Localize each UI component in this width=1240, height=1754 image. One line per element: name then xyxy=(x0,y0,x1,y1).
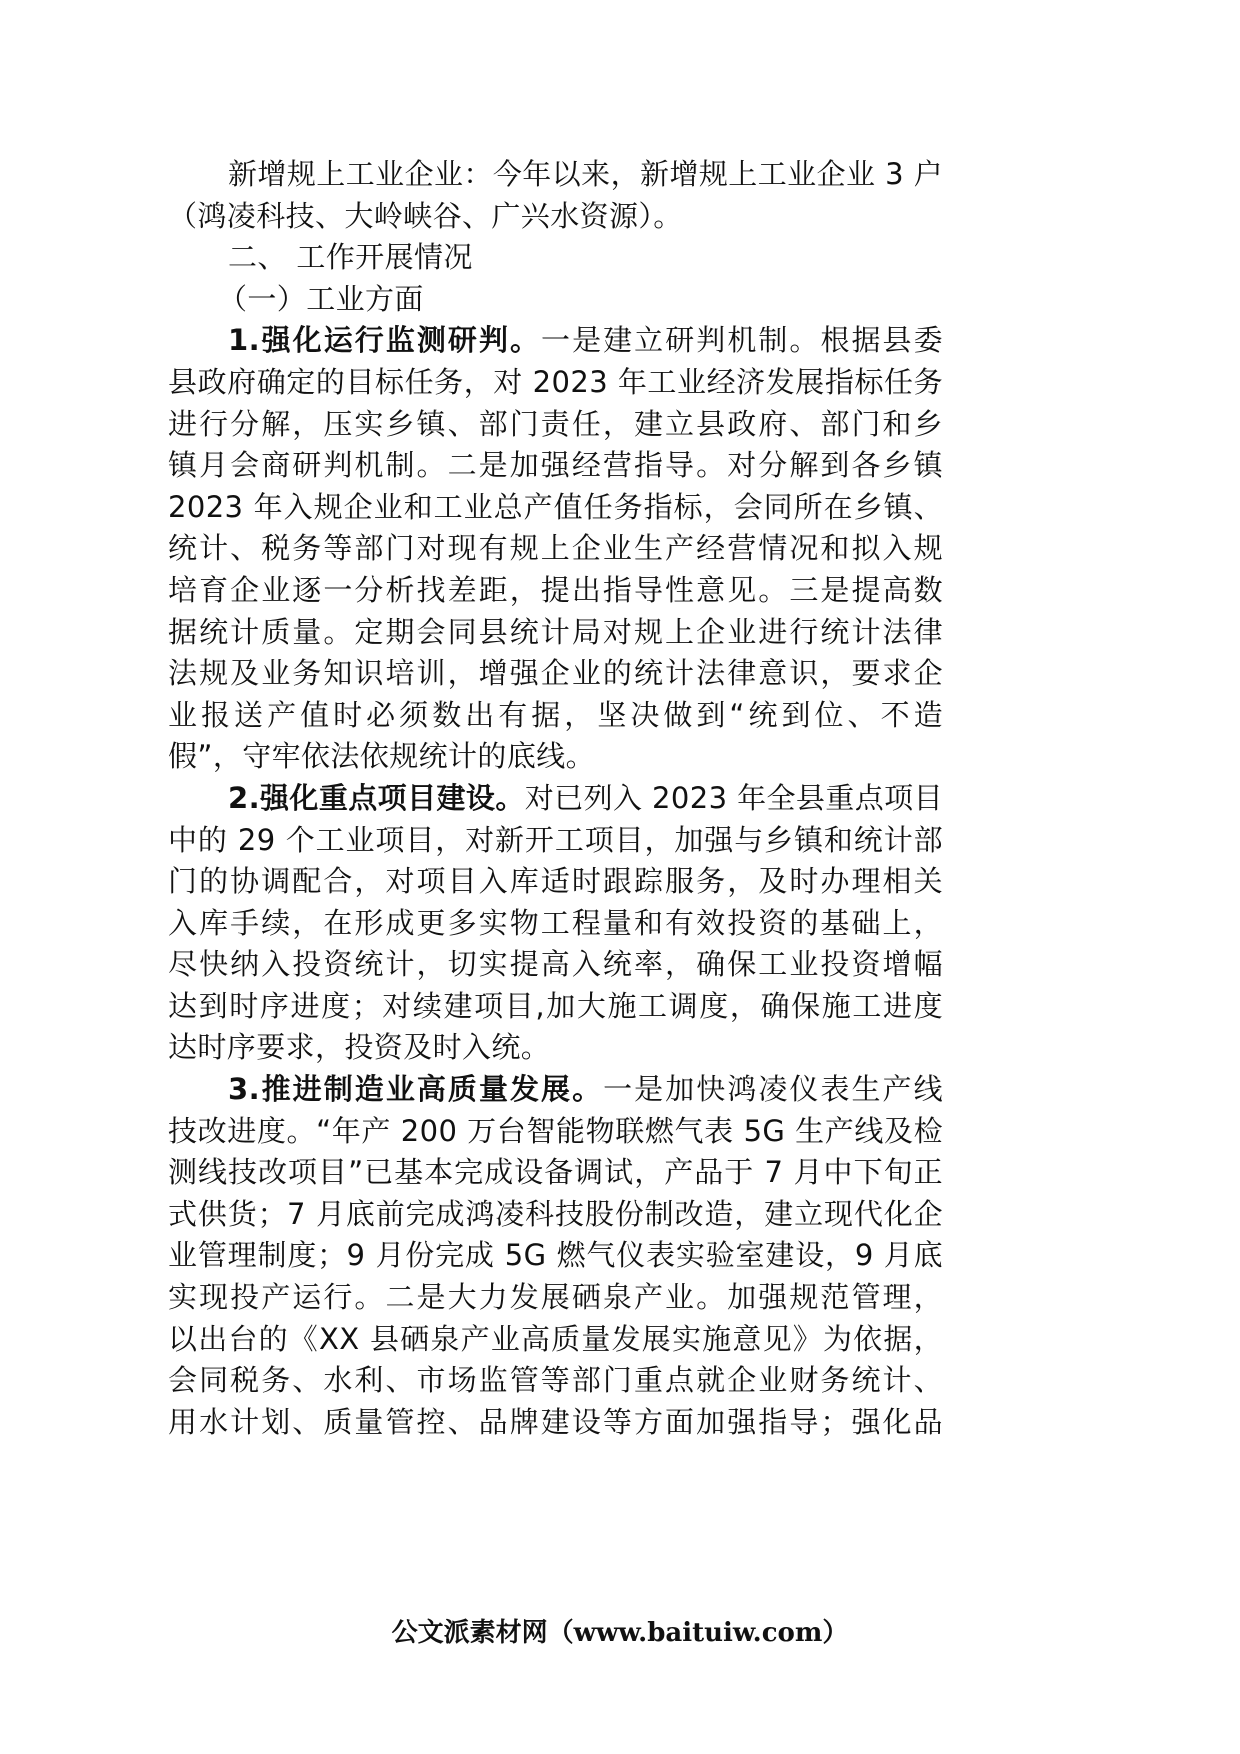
item-1-line: 统计、税务等部门对现有规上企业生产经营情况和拟入规 xyxy=(168,528,943,570)
text-span: 达时序要求，投资及时入统。 xyxy=(168,1030,550,1064)
text-span: 一是建立研判机制。根据县委 xyxy=(541,323,943,357)
item-3-line: 测线技改项目”已基本完成设备调试，产品于 7 月中下旬正 xyxy=(168,1152,943,1194)
item-3-line-1: 3.推进制造业高质量发展。一是加快鸿凌仪表生产线 xyxy=(168,1069,943,1111)
heading-text: （一）工业方面 xyxy=(218,282,424,316)
item-2-line: 尽快纳入投资统计，切实提高入统率，确保工业投资增幅 xyxy=(168,944,943,986)
text-span: （鸿凌科技、大岭峡谷、广兴水资源）。 xyxy=(168,199,683,233)
text-span: 镇月会商研判机制。二是加强经营指导。对分解到各乡镇 xyxy=(168,448,943,482)
text-span: 假”，守牢依法依规统计的底线。 xyxy=(168,739,595,773)
text-span: 2023 年入规企业和工业总产值任务指标，会同所在乡镇、 xyxy=(168,490,943,524)
text-span: 技改进度。“年产 200 万台智能物联燃气表 5G 生产线及检 xyxy=(168,1114,943,1148)
item-1-line-1: 1.强化运行监测研判。一是建立研判机制。根据县委 xyxy=(168,320,943,362)
item-2-line-1: 2.强化重点项目建设。对已列入 2023 年全县重点项目 xyxy=(168,778,943,820)
item-1-line-last: 假”，守牢依法依规统计的底线。 xyxy=(168,736,943,778)
item-3-line: 实现投产运行。二是大力发展硒泉产业。加强规范管理， xyxy=(168,1277,943,1319)
item-1-line: 据统计质量。定期会同县统计局对规上企业进行统计法律 xyxy=(168,612,943,654)
text-span: 尽快纳入投资统计，切实提高入统率，确保工业投资增幅 xyxy=(168,947,943,981)
item-1-line: 2023 年入规企业和工业总产值任务指标，会同所在乡镇、 xyxy=(168,487,943,529)
text-span: 据统计质量。定期会同县统计局对规上企业进行统计法律 xyxy=(168,615,943,649)
item-1-line: 镇月会商研判机制。二是加强经营指导。对分解到各乡镇 xyxy=(168,445,943,487)
text-span: 培育企业逐一分析找差距，提出指导性意见。三是提高数 xyxy=(168,573,943,607)
item-1-line: 进行分解，压实乡镇、部门责任，建立县政府、部门和乡 xyxy=(168,404,943,446)
text-span: 入库手续，在形成更多实物工程量和有效投资的基础上， xyxy=(168,906,943,940)
item-1-line: 培育企业逐一分析找差距，提出指导性意见。三是提高数 xyxy=(168,570,943,612)
item-2-line-last: 达时序要求，投资及时入统。 xyxy=(168,1027,943,1069)
item-3-line: 业管理制度；9 月份完成 5G 燃气仪表实验室建设，9 月底 xyxy=(168,1235,943,1277)
text-span: 用水计划、质量管控、品牌建设等方面加强指导；强化品 xyxy=(168,1405,943,1439)
text-span: 中的 29 个工业项目，对新开工项目，加强与乡镇和统计部 xyxy=(168,823,943,857)
text-span: 一是加快鸿凌仪表生产线 xyxy=(603,1072,943,1106)
item-1-line: 县政府确定的目标任务，对 2023 年工业经济发展指标任务 xyxy=(168,362,943,404)
item-3-title: 3.推进制造业高质量发展。 xyxy=(228,1072,603,1106)
item-3-line: 用水计划、质量管控、品牌建设等方面加强指导；强化品 xyxy=(168,1402,943,1444)
text-span: 以出台的《XX 县硒泉产业高质量发展实施意见》为依据， xyxy=(168,1322,943,1356)
text-span: 门的协调配合，对项目入库适时跟踪服务，及时办理相关 xyxy=(168,864,943,898)
item-1-line: 业报送产值时必须数出有据，坚决做到“统到位、不造 xyxy=(168,695,943,737)
paragraph-new-enterprises-line-1: 新增规上工业企业：今年以来，新增规上工业企业 3 户 xyxy=(168,154,943,196)
text-span: 达到时序进度；对续建项目,加大施工调度，确保施工进度 xyxy=(168,989,943,1023)
paragraph-new-enterprises-line-2: （鸿凌科技、大岭峡谷、广兴水资源）。 xyxy=(168,196,943,238)
item-1-line: 法规及业务知识培训，增强企业的统计法律意识，要求企 xyxy=(168,653,943,695)
text-span: 业报送产值时必须数出有据，坚决做到“统到位、不造 xyxy=(168,698,943,732)
item-1-title: 1.强化运行监测研判。 xyxy=(228,323,541,357)
text-span: 新增规上工业企业：今年以来，新增规上工业企业 3 户 xyxy=(228,157,943,191)
item-2-line: 入库手续，在形成更多实物工程量和有效投资的基础上， xyxy=(168,903,943,945)
item-2-title: 2.强化重点项目建设。 xyxy=(228,781,525,815)
item-3-line: 技改进度。“年产 200 万台智能物联燃气表 5G 生产线及检 xyxy=(168,1111,943,1153)
text-span: 进行分解，压实乡镇、部门责任，建立县政府、部门和乡 xyxy=(168,407,943,441)
text-span: 法规及业务知识培训，增强企业的统计法律意识，要求企 xyxy=(168,656,943,690)
text-span: 式供货；7 月底前完成鸿凌科技股份制改造，建立现代化企 xyxy=(168,1197,943,1231)
item-2-line: 中的 29 个工业项目，对新开工项目，加强与乡镇和统计部 xyxy=(168,820,943,862)
document-body: 新增规上工业企业：今年以来，新增规上工业企业 3 户 （鸿凌科技、大岭峡谷、广兴… xyxy=(168,154,943,1443)
text-span: 实现投产运行。二是大力发展硒泉产业。加强规范管理， xyxy=(168,1280,943,1314)
item-2-line: 达到时序进度；对续建项目,加大施工调度，确保施工进度 xyxy=(168,986,943,1028)
text-span: 对已列入 2023 年全县重点项目 xyxy=(525,781,943,815)
text-span: 业管理制度；9 月份完成 5G 燃气仪表实验室建设，9 月底 xyxy=(168,1238,943,1272)
text-span: 统计、税务等部门对现有规上企业生产经营情况和拟入规 xyxy=(168,531,943,565)
footer-watermark: 公文派素材网（www.baituiw.com） xyxy=(0,1612,1240,1649)
item-3-line: 式供货；7 月底前完成鸿凌科技股份制改造，建立现代化企 xyxy=(168,1194,943,1236)
item-3-line: 以出台的《XX 县硒泉产业高质量发展实施意见》为依据， xyxy=(168,1319,943,1361)
section-heading-work-progress: 二、 工作开展情况 xyxy=(168,237,943,279)
heading-text: 二、 工作开展情况 xyxy=(228,240,473,274)
text-span: 会同税务、水利、市场监管等部门重点就企业财务统计、 xyxy=(168,1363,943,1397)
text-span: 测线技改项目”已基本完成设备调试，产品于 7 月中下旬正 xyxy=(168,1155,943,1189)
text-span: 县政府确定的目标任务，对 2023 年工业经济发展指标任务 xyxy=(168,365,943,399)
item-3-line: 会同税务、水利、市场监管等部门重点就企业财务统计、 xyxy=(168,1360,943,1402)
item-2-line: 门的协调配合，对项目入库适时跟踪服务，及时办理相关 xyxy=(168,861,943,903)
subsection-heading-industry: （一）工业方面 xyxy=(168,279,943,321)
